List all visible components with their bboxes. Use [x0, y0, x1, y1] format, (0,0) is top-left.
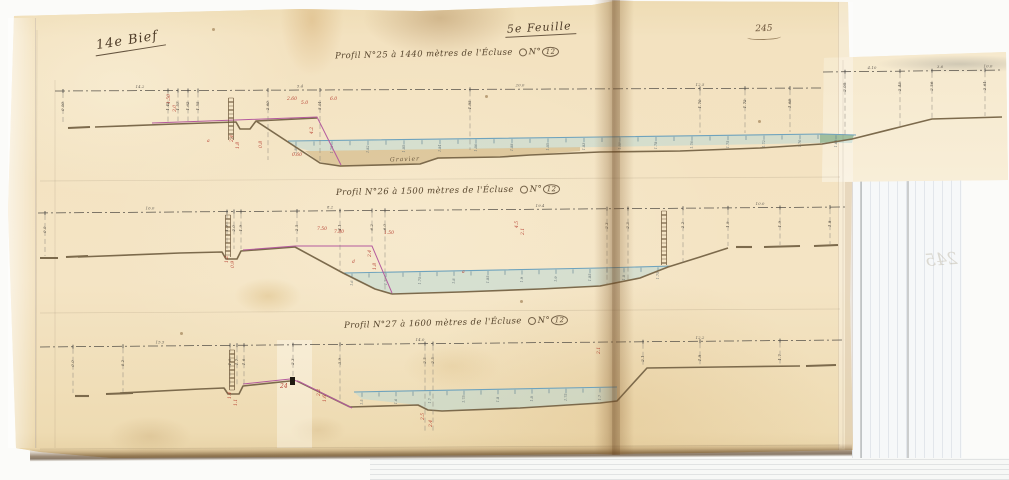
svg-text:1.75: 1.75	[726, 141, 730, 149]
page-number-flourish	[747, 33, 781, 40]
svg-text:1.8: 1.8	[452, 278, 456, 284]
svg-text:12.5: 12.5	[696, 82, 705, 87]
svg-text:16.0: 16.0	[146, 206, 155, 211]
svg-text:14.2: 14.2	[136, 84, 145, 89]
svg-text:1.8: 1.8	[827, 220, 832, 227]
svg-text:2.1: 2.1	[640, 355, 645, 362]
svg-text:2.60: 2.60	[286, 96, 297, 102]
svg-text:10.0: 10.0	[756, 201, 765, 206]
svg-text:5.0: 5.0	[301, 100, 308, 106]
svg-text:10.0: 10.0	[984, 64, 993, 69]
svg-text:1.86: 1.86	[474, 143, 478, 151]
profile-2-lock-number: 12	[543, 184, 560, 194]
svg-text:1.6: 1.6	[394, 398, 398, 404]
svg-text:1.7: 1.7	[428, 397, 432, 403]
svg-text:1.72: 1.72	[762, 140, 766, 148]
svg-text:8.2: 8.2	[327, 204, 334, 209]
svg-text:1.50: 1.50	[384, 230, 394, 236]
svg-text:a: a	[462, 270, 465, 275]
profile-2-title-n: N°	[530, 184, 543, 194]
svg-text:6.2: 6.2	[369, 224, 374, 231]
svg-text:14.0: 14.0	[416, 337, 425, 342]
svg-text:2.2: 2.2	[680, 221, 685, 229]
svg-text:1.1: 1.1	[233, 399, 239, 406]
svg-text:1.84: 1.84	[438, 144, 442, 152]
svg-text:1.68: 1.68	[787, 99, 792, 108]
svg-text:1.85: 1.85	[486, 276, 490, 284]
profile-line-drawing: 1.801.781.821.851.841.861.881.851.831.80…	[0, 0, 1009, 480]
svg-text:1.8: 1.8	[372, 263, 378, 270]
svg-text:1.8: 1.8	[235, 142, 241, 149]
svg-text:1.9: 1.9	[554, 276, 558, 282]
profile-1-title-n: N°	[529, 47, 542, 57]
svg-text:1.82: 1.82	[366, 145, 370, 153]
profile-1-lock-number: 12	[542, 47, 559, 57]
svg-text:2.5: 2.5	[294, 224, 299, 232]
svg-text:4.10: 4.10	[867, 65, 877, 70]
svg-text:0.8: 0.8	[258, 141, 264, 148]
svg-text:1.83: 1.83	[582, 143, 586, 151]
svg-text:0.2: 0.2	[120, 359, 125, 366]
svg-text:2.60: 2.60	[265, 101, 270, 111]
svg-text:d: d	[352, 259, 355, 265]
svg-text:0.00: 0.00	[60, 102, 65, 111]
svg-text:2.0: 2.0	[231, 225, 236, 233]
svg-text:0.9: 0.9	[230, 261, 236, 268]
svg-text:2.4: 2.4	[428, 420, 434, 428]
svg-text:1.75: 1.75	[656, 272, 660, 280]
svg-text:12.2: 12.2	[696, 335, 705, 340]
svg-text:1.85: 1.85	[402, 145, 406, 153]
svg-text:6.0: 6.0	[330, 96, 337, 102]
profile-3-lock-number: 12	[551, 315, 568, 325]
svg-text:1.7: 1.7	[234, 358, 239, 365]
svg-text:2.3: 2.3	[290, 358, 295, 366]
svg-text:1.70: 1.70	[697, 99, 702, 108]
svg-text:1.76: 1.76	[690, 140, 694, 148]
svg-text:6.0: 6.0	[382, 224, 387, 231]
svg-text:1.55: 1.55	[195, 101, 200, 110]
svg-text:2.1: 2.1	[520, 228, 526, 236]
svg-text:20.0: 20.0	[515, 83, 525, 88]
survey-circle-icon	[520, 185, 528, 193]
svg-text:2.56: 2.56	[929, 81, 934, 91]
svg-text:2.43: 2.43	[897, 82, 902, 92]
svg-text:0.0: 0.0	[70, 360, 75, 367]
svg-text:1.9: 1.9	[777, 221, 782, 228]
survey-circle-icon	[528, 316, 536, 324]
svg-text:0.0: 0.0	[42, 226, 47, 233]
svg-text:7.80: 7.80	[334, 229, 344, 235]
svg-text:1.9: 1.9	[224, 225, 229, 232]
svg-text:3.6: 3.6	[937, 64, 944, 69]
svg-text:2.61: 2.61	[982, 81, 987, 91]
svg-text:1.68: 1.68	[834, 139, 838, 147]
svg-text:1.9: 1.9	[520, 276, 524, 282]
svg-text:1.8: 1.8	[530, 395, 534, 401]
svg-text:19.4: 19.4	[536, 203, 545, 208]
svg-text:1.75: 1.75	[418, 277, 422, 285]
profile-3-title-n: N°	[538, 316, 551, 326]
survey-circle-icon	[519, 48, 527, 56]
svg-text:7.50: 7.50	[317, 226, 327, 232]
svg-text:1.62: 1.62	[185, 101, 190, 110]
svg-text:1.6: 1.6	[322, 395, 328, 402]
svg-text:1.50: 1.50	[166, 94, 172, 104]
svg-text:1.88: 1.88	[510, 143, 514, 151]
svg-text:1.7: 1.7	[777, 354, 782, 361]
svg-text:2.2: 2.2	[316, 389, 322, 397]
svg-text:2.4: 2.4	[229, 135, 235, 143]
svg-text:1.78: 1.78	[654, 141, 658, 149]
page-number: 245	[747, 23, 782, 40]
svg-text:4.2: 4.2	[309, 127, 315, 135]
svg-text:a: a	[207, 139, 210, 144]
svg-text:5.01: 5.01	[317, 101, 322, 110]
svg-text:3.0: 3.0	[172, 105, 178, 112]
svg-text:1.85: 1.85	[588, 274, 592, 282]
svg-text:2.5: 2.5	[420, 413, 426, 421]
svg-text:1.4: 1.4	[227, 392, 233, 399]
svg-text:1.75: 1.75	[462, 395, 466, 403]
svg-text:1.85: 1.85	[546, 143, 550, 151]
svg-text:2.4: 2.4	[367, 250, 373, 258]
svg-text:1.5: 1.5	[360, 399, 364, 404]
svg-text:1.9: 1.9	[238, 225, 243, 232]
svg-text:2.5: 2.5	[430, 357, 435, 365]
svg-text:3.9: 3.9	[337, 358, 342, 365]
svg-text:5.4: 5.4	[297, 84, 304, 89]
svg-text:1.8: 1.8	[697, 354, 702, 361]
svg-text:1.85: 1.85	[467, 100, 472, 109]
page-number-text: 245	[755, 24, 773, 35]
svg-text:1.75: 1.75	[564, 393, 568, 401]
svg-text:4.5: 4.5	[514, 221, 520, 229]
svg-text:1.6: 1.6	[241, 358, 246, 365]
svg-text:2.5: 2.5	[422, 357, 427, 365]
svg-text:1.72: 1.72	[742, 99, 747, 108]
svg-text:0.60: 0.60	[292, 152, 302, 158]
svg-text:24: 24	[279, 383, 288, 390]
scanned-canal-profile-sheet: 245 1.801.781.821.851.841.861.881.851.83…	[0, 0, 1009, 480]
svg-text:1.6: 1.6	[350, 280, 354, 286]
svg-text:15.5: 15.5	[156, 339, 165, 344]
svg-text:1.9: 1.9	[725, 221, 730, 228]
gravier-soil-label: Gravier	[390, 155, 420, 163]
svg-text:1.8: 1.8	[496, 396, 500, 402]
svg-text:1.2: 1.2	[224, 256, 230, 263]
